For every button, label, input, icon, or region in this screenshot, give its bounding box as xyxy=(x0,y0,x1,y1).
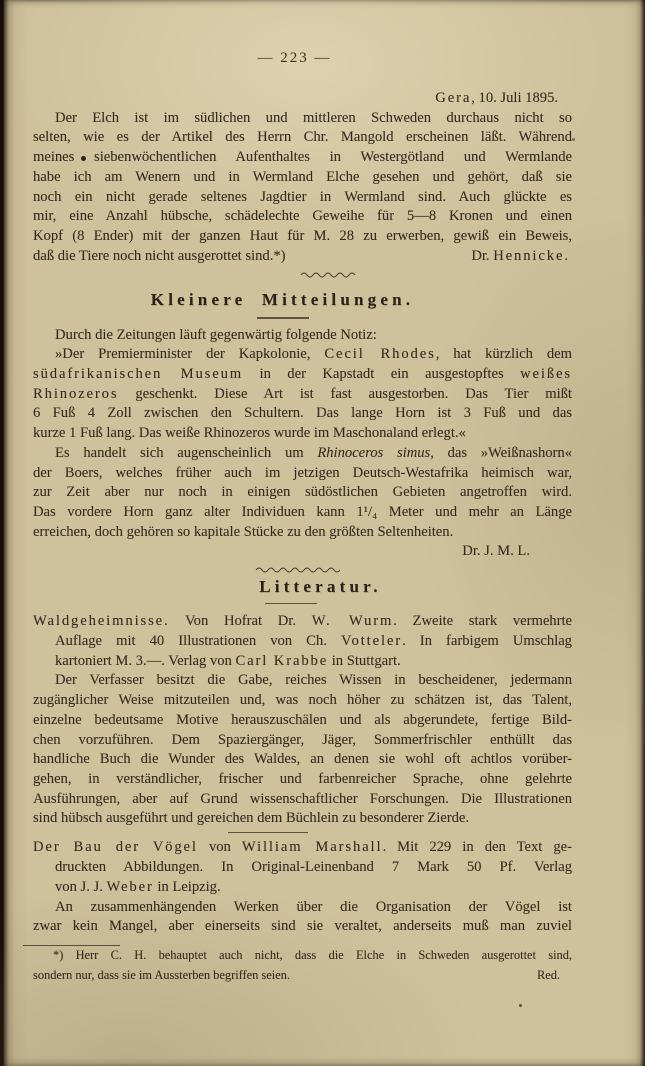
text-run: 6 Fuß 4 Zoll zwischen den Schultern. Das… xyxy=(33,405,572,421)
text-run: , hat kürzlich dem xyxy=(436,346,572,362)
text-line: »Der Premierminister der Kapkolonie, Cec… xyxy=(33,345,572,365)
text-run: . In farbigem Umschlag xyxy=(402,633,572,649)
text-column: Gera, 10. Juli 1895. Der Elch ist im süd… xyxy=(33,89,572,985)
text-line: Es handelt sich augenscheinlich um Rhino… xyxy=(33,444,572,464)
text-line: südafrikanischen Museum in der Kapstadt … xyxy=(33,365,572,385)
text-line: *) Herr C. H. behauptet auch nicht, dass… xyxy=(33,946,572,966)
text-run: der Boers, welches früher auch im jetzig… xyxy=(33,465,572,481)
text-run: von J. J. xyxy=(55,879,107,895)
text-line: daß die Tiere noch nicht ausgerottet sin… xyxy=(33,247,572,267)
text-line: zwar kein Mangel, aber einerseits sind s… xyxy=(33,917,572,937)
text-line: zur Zeit aber nur noch in einigen südöst… xyxy=(33,483,572,503)
text-run: W. Wurm xyxy=(312,613,394,629)
text-run: William Marshall xyxy=(242,839,383,855)
text-run: »Der Premierminister der Kapkolonie, xyxy=(55,346,324,362)
text-run: gehen, in verständlicher, frischer und f… xyxy=(33,771,572,787)
ink-speck xyxy=(81,156,86,161)
text-line: An zusammenhängenden Werken über die Org… xyxy=(33,898,572,918)
heading-rule xyxy=(265,603,317,604)
text-run: Kopf (8 Ender) mit der ganzen Haut für M… xyxy=(33,228,572,244)
text-run: handliche Buch die Wunder des Waldes, an… xyxy=(33,751,572,767)
text-run: , das »Weißnashorn« xyxy=(430,445,572,461)
text-line: erreichen, doch gehören so kapitale Stüc… xyxy=(33,523,572,543)
text-run: Dr. J. M. L. xyxy=(462,543,530,559)
text-line: Durch die Zeitungen läuft gegenwärtig fo… xyxy=(33,326,572,346)
text-run: Von Hofrat Dr. xyxy=(170,613,312,629)
text-line: chen vorzuführen. Dem Spaziergänger, Jäg… xyxy=(33,731,572,751)
text-run: einzelne bedeutsame Motive herauszuschäl… xyxy=(33,712,572,728)
text-run: geschenkt. Diese Art ist fast ausgestorb… xyxy=(118,386,572,402)
text-line: Der Bau der Vögel von William Marshall. … xyxy=(33,838,572,858)
text-line: kartoniert M. 3.—. Verlag von Carl Krabb… xyxy=(33,652,572,672)
text-run: sind hübsch ausgeführt und gereichen dem… xyxy=(33,810,469,826)
correspondence-dateline: Gera, 10. Juli 1895. xyxy=(33,89,572,109)
text-line: Der Elch ist im südlichen und mittleren … xyxy=(33,109,572,129)
text-run: noch ein nicht gerade seltenes Jagdtier … xyxy=(33,189,572,205)
text-run: Es handelt sich augenscheinlich um xyxy=(55,445,317,461)
text-run: chen vorzuführen. Dem Spaziergänger, Jäg… xyxy=(33,732,572,748)
text-run: Hennicke xyxy=(493,248,564,264)
text-run: meines siebenwöchentlichen Aufenthaltes … xyxy=(33,149,572,165)
book-review-waldgeheimnisse: Waldgeheimnisse. Von Hofrat Dr. W. Wurm.… xyxy=(33,612,572,829)
text-line: Auflage mit 40 Illustrationen von Ch. Vo… xyxy=(33,632,572,652)
book-review-der-bau-der-voegel: Der Bau der Vögel von William Marshall. … xyxy=(33,838,572,937)
ink-speck xyxy=(572,138,575,141)
text-line: von J. J. Weber in Leipzig. xyxy=(33,878,572,898)
review-divider-rule xyxy=(228,832,308,833)
text-run: Red. xyxy=(537,968,560,982)
squiggle-divider-icon xyxy=(255,565,340,574)
text-line: druckten Abbildungen. In Original-Leinen… xyxy=(33,858,572,878)
text-run: zugänglicher Weise mitzuteilen und, was … xyxy=(33,692,572,708)
text-run: südafrikanischen Museum xyxy=(33,366,243,382)
text-run: Weber xyxy=(107,879,154,895)
text-run: daß die Tiere noch nicht ausgerottet sin… xyxy=(33,248,286,264)
text-run: von xyxy=(198,839,242,855)
text-run: Rhinozeros xyxy=(33,386,118,402)
text-line: einzelne bedeutsame Motive herauszuschäl… xyxy=(33,711,572,731)
text-run: in der Kapstadt ein ausgestopftes xyxy=(243,366,520,382)
text-line: sind hübsch ausgeführt und gereichen dem… xyxy=(33,809,572,829)
text-run: in Leipzig. xyxy=(154,879,221,895)
text-run: druckten Abbildungen. In Original-Leinen… xyxy=(55,859,572,875)
correspondence-letter: Der Elch ist im südlichen und mittleren … xyxy=(33,109,572,267)
text-line: Gera, 10. Juli 1895. xyxy=(33,89,572,109)
text-run: Gera xyxy=(435,90,471,106)
text-run: . Mit 229 in den Text ge- xyxy=(382,839,572,855)
text-line: 6 Fuß 4 Zoll zwischen den Schultern. Das… xyxy=(33,404,572,424)
text-run: Das vordere Horn ganz alter Individuen k… xyxy=(33,504,572,520)
text-run: Cecil Rhodes xyxy=(324,346,435,362)
text-run: Carl Krabbe xyxy=(236,653,329,669)
text-line: kurze 1 Fuß lang. Das weiße Rhinozeros w… xyxy=(33,424,572,444)
text-run: weißes xyxy=(520,366,572,382)
text-line: Ausführungen, aber auf Grund wissenschaf… xyxy=(33,790,572,810)
text-line: Dr. J. M. L. xyxy=(33,542,572,562)
text-run: Der Elch ist im südlichen und mittleren … xyxy=(55,110,572,126)
text-run: kartoniert M. 3.—. Verlag von xyxy=(55,653,236,669)
text-line: zugänglicher Weise mitzuteilen und, was … xyxy=(33,691,572,711)
text-run: An zusammenhängenden Werken über die Org… xyxy=(55,899,572,915)
text-run: *) Herr C. H. behauptet auch nicht, dass… xyxy=(53,948,572,962)
text-line: Kopf (8 Ender) mit der ganzen Haut für M… xyxy=(33,227,572,247)
text-line: Waldgeheimnisse. Von Hofrat Dr. W. Wurm.… xyxy=(33,612,572,632)
text-run: kurze 1 Fuß lang. Das weiße Rhinozeros w… xyxy=(33,425,466,441)
squiggle-divider-icon xyxy=(300,270,361,279)
text-line: der Boers, welches früher auch im jetzig… xyxy=(33,464,572,484)
text-run: erreichen, doch gehören so kapitale Stüc… xyxy=(33,524,453,540)
text-run: in Stuttgart. xyxy=(328,653,401,669)
heading-rule xyxy=(257,317,309,318)
text-line: noch ein nicht gerade seltenes Jagdtier … xyxy=(33,188,572,208)
text-run: Rhinoceros simus xyxy=(317,445,430,461)
text-run: , 10. Juli 1895. xyxy=(471,90,558,106)
text-run: Durch die Zeitungen läuft gegenwärtig fo… xyxy=(55,327,377,343)
text-run: Votteler xyxy=(341,633,402,649)
text-line: Rhinozeros geschenkt. Diese Art ist fast… xyxy=(33,385,572,405)
text-line: habe ich am Wenern und in Wermland Elche… xyxy=(33,168,572,188)
section-title-kleinere-mitteilungen: Kleinere Mitteilungen. xyxy=(13,289,552,311)
section-title-litteratur: Litteratur. xyxy=(51,576,590,598)
text-line: Der Verfasser besitzt die Gabe, reiches … xyxy=(33,671,572,691)
page-number: — 223 — xyxy=(0,50,617,67)
text-run: habe ich am Wenern und in Wermland Elche… xyxy=(33,169,572,185)
footnote-rule xyxy=(23,945,120,946)
footnote-text: *) Herr C. H. behauptet auch nicht, dass… xyxy=(33,946,572,985)
text-run: sondern nur, dass sie im Aussterben begr… xyxy=(33,968,290,982)
text-line: gehen, in verständlicher, frischer und f… xyxy=(33,770,572,790)
text-run: Ausführungen, aber auf Grund wissenschaf… xyxy=(33,791,572,807)
text-line: sondern nur, dass sie im Aussterben begr… xyxy=(33,966,572,986)
text-run: Auflage mit 40 Illustrationen von Ch. xyxy=(55,633,341,649)
ink-speck xyxy=(519,1004,522,1007)
text-run: Waldgeheimnisse. xyxy=(33,613,170,629)
text-run: mir, eine Anzahl hübsche, schädelechte G… xyxy=(33,208,572,224)
text-run: . Zweite stark vermehrte xyxy=(393,613,572,629)
text-run: . xyxy=(564,248,568,264)
text-line: handliche Buch die Wunder des Waldes, an… xyxy=(33,750,572,770)
scanned-book-page: — 223 — Gera, 10. Juli 1895. Der Elch is… xyxy=(0,0,645,1066)
text-run: selten, wie es der Artikel des Herrn Chr… xyxy=(33,129,572,145)
text-run: Dr. xyxy=(471,248,493,264)
text-run: Der Verfasser besitzt die Gabe, reiches … xyxy=(55,672,572,688)
text-run: zur Zeit aber nur noch in einigen südöst… xyxy=(33,484,572,500)
kleinere-mitteilungen-text: Durch die Zeitungen läuft gegenwärtig fo… xyxy=(33,326,572,562)
text-line: mir, eine Anzahl hübsche, schädelechte G… xyxy=(33,207,572,227)
text-run: zwar kein Mangel, aber einerseits sind s… xyxy=(33,918,572,934)
text-line: meines siebenwöchentlichen Aufenthaltes … xyxy=(33,148,572,168)
text-line: Das vordere Horn ganz alter Individuen k… xyxy=(33,503,572,523)
footnote-area: *) Herr C. H. behauptet auch nicht, dass… xyxy=(33,945,572,985)
text-line: selten, wie es der Artikel des Herrn Chr… xyxy=(33,128,572,148)
text-run: Der Bau der Vögel xyxy=(33,839,198,855)
